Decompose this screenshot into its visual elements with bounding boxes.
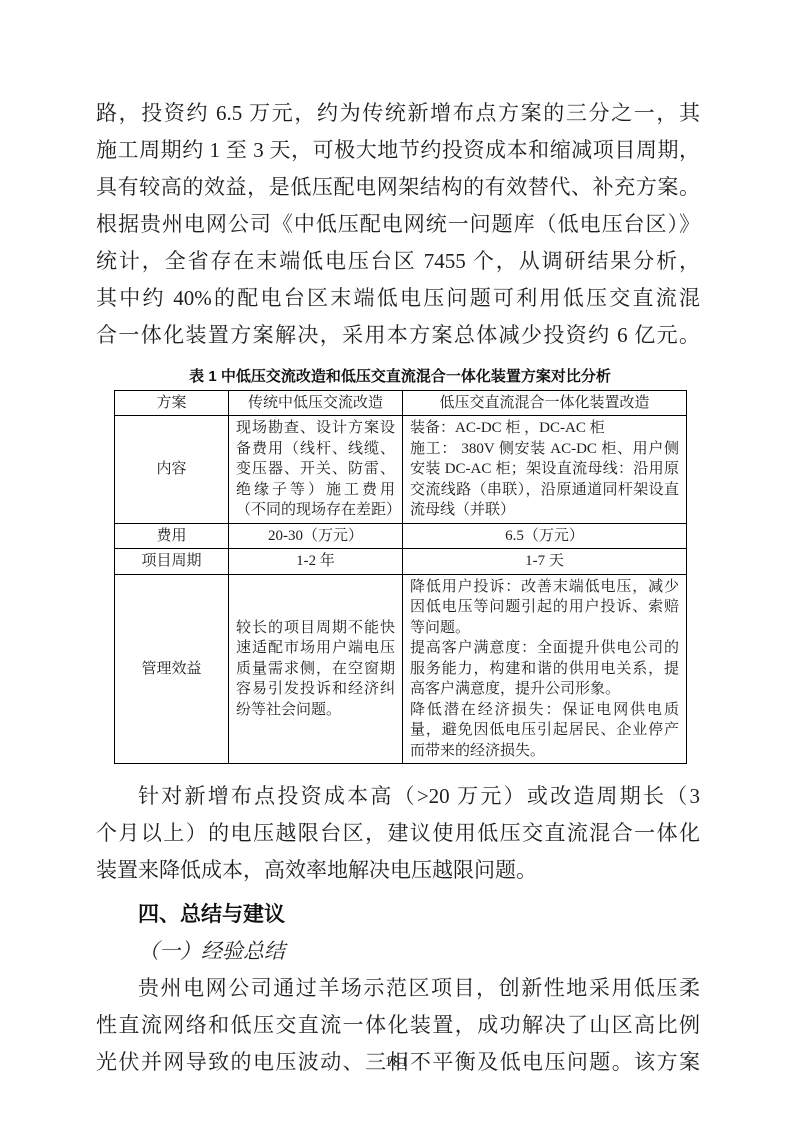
benefit-economic: 降低潜在经济损失：保证电网供电质量，避免因低电压引起居民、企业停产而带来的经济损… — [410, 700, 679, 762]
paragraph-intro: 路，投资约 6.5 万元，约为传统新增布点方案的三分之一，其 施工周期约 1 至… — [96, 95, 700, 354]
cell-hybrid-cycle: 1-7 天 — [403, 549, 687, 575]
header-traditional: 传统中低压交流改造 — [229, 391, 403, 416]
cell-traditional-content: 现场勘查、设计方案设备费用（线杆、线缆、变压器、开关、防雷、绝缘子等）施工费用（… — [229, 416, 403, 524]
row-label: 内容 — [115, 416, 229, 524]
document-page: 路，投资约 6.5 万元，约为传统新增布点方案的三分之一，其 施工周期约 1 至… — [0, 0, 794, 1123]
cell-traditional-cost: 20-30（万元） — [229, 523, 403, 549]
text-line: 其中约 40%的配电台区末端低电压问题可利用低压交直流混 — [96, 280, 700, 317]
benefit-complaints: 降低用户投诉：改善末端低电压，减少因低电压等问题引起的用户投诉、索赔等问题。 — [410, 577, 679, 639]
text-line: 个月以上）的电压越限台区，建议使用低压交直流混合一体化 — [96, 815, 700, 852]
text-line: 路，投资约 6.5 万元，约为传统新增布点方案的三分之一，其 — [96, 95, 700, 132]
hybrid-equipment: 装备：AC-DC 柜 ，DC-AC 柜 — [410, 418, 679, 439]
comparison-table: 方案 传统中低压交流改造 低压交直流混合一体化装置改造 内容 现场勘查、设计方案… — [114, 390, 687, 764]
table-row-benefit: 管理效益 较长的项目周期不能快速适配市场用户端电压质量需求侧，在空窗期容易引发投… — [115, 574, 687, 764]
page-number: 181 — [0, 1055, 794, 1071]
benefit-satisfaction: 提高客户满意度：全面提升供电公司的服务能力，构建和谐的供用电关系，提高客户满意度… — [410, 638, 679, 700]
hybrid-construction: 施工： 380V 侧安装 AC-DC 柜、用户侧安装 DC-AC 柜；架设直流母… — [410, 439, 679, 521]
cell-traditional-cycle: 1-2 年 — [229, 549, 403, 575]
text-line: 装置来降低成本，高效率地解决电压越限问题。 — [96, 852, 700, 889]
paragraph-recommendation: 针对新增布点投资成本高（>20 万元）或改造周期长（3 个月以上）的电压越限台区… — [96, 778, 700, 889]
table-row-content: 内容 现场勘查、设计方案设备费用（线杆、线缆、变压器、开关、防雷、绝缘子等）施工… — [115, 416, 687, 524]
subsection-heading: （一）经验总结 — [96, 933, 700, 970]
row-label: 项目周期 — [115, 549, 229, 575]
table-row-cost: 费用 20-30（万元） 6.5（万元） — [115, 523, 687, 549]
text-line: 合一体化装置方案解决，采用本方案总体减少投资约 6 亿元。 — [96, 317, 700, 354]
text-line: 性直流网络和低压交直流一体化装置，成功解决了山区高比例 — [96, 1007, 700, 1044]
text-line: 施工周期约 1 至 3 天，可极大地节约投资成本和缩减项目周期， — [96, 132, 700, 169]
row-label: 管理效益 — [115, 574, 229, 764]
text-line: 统计，全省存在末端低电压台区 7455 个，从调研结果分析， — [96, 243, 700, 280]
text-line: 贵州电网公司通过羊场示范区项目，创新性地采用低压柔 — [96, 970, 700, 1007]
section-heading: 四、总结与建议 — [96, 896, 700, 933]
table-caption: 表 1 中低压交流改造和低压交直流混合一体化装置方案对比分析 — [114, 367, 686, 387]
cell-traditional-benefit: 较长的项目周期不能快速适配市场用户端电压质量需求侧，在空窗期容易引发投诉和经济纠… — [229, 574, 403, 764]
cell-hybrid-content: 装备：AC-DC 柜 ，DC-AC 柜 施工： 380V 侧安装 AC-DC 柜… — [403, 416, 687, 524]
table-header-row: 方案 传统中低压交流改造 低压交直流混合一体化装置改造 — [115, 391, 687, 416]
row-label: 费用 — [115, 523, 229, 549]
text-line: 具有较高的效益，是低压配电网架结构的有效替代、补充方案。 — [96, 169, 700, 206]
text-line: 根据贵州电网公司《中低压配电网统一问题库（低电压台区）》 — [96, 206, 700, 243]
text-line: 针对新增布点投资成本高（>20 万元）或改造周期长（3 — [96, 778, 700, 815]
cell-hybrid-cost: 6.5（万元） — [403, 523, 687, 549]
cell-hybrid-benefit: 降低用户投诉：改善末端低电压，减少因低电压等问题引起的用户投诉、索赔等问题。 提… — [403, 574, 687, 764]
header-scheme: 方案 — [115, 391, 229, 416]
table-row-cycle: 项目周期 1-2 年 1-7 天 — [115, 549, 687, 575]
header-hybrid: 低压交直流混合一体化装置改造 — [403, 391, 687, 416]
